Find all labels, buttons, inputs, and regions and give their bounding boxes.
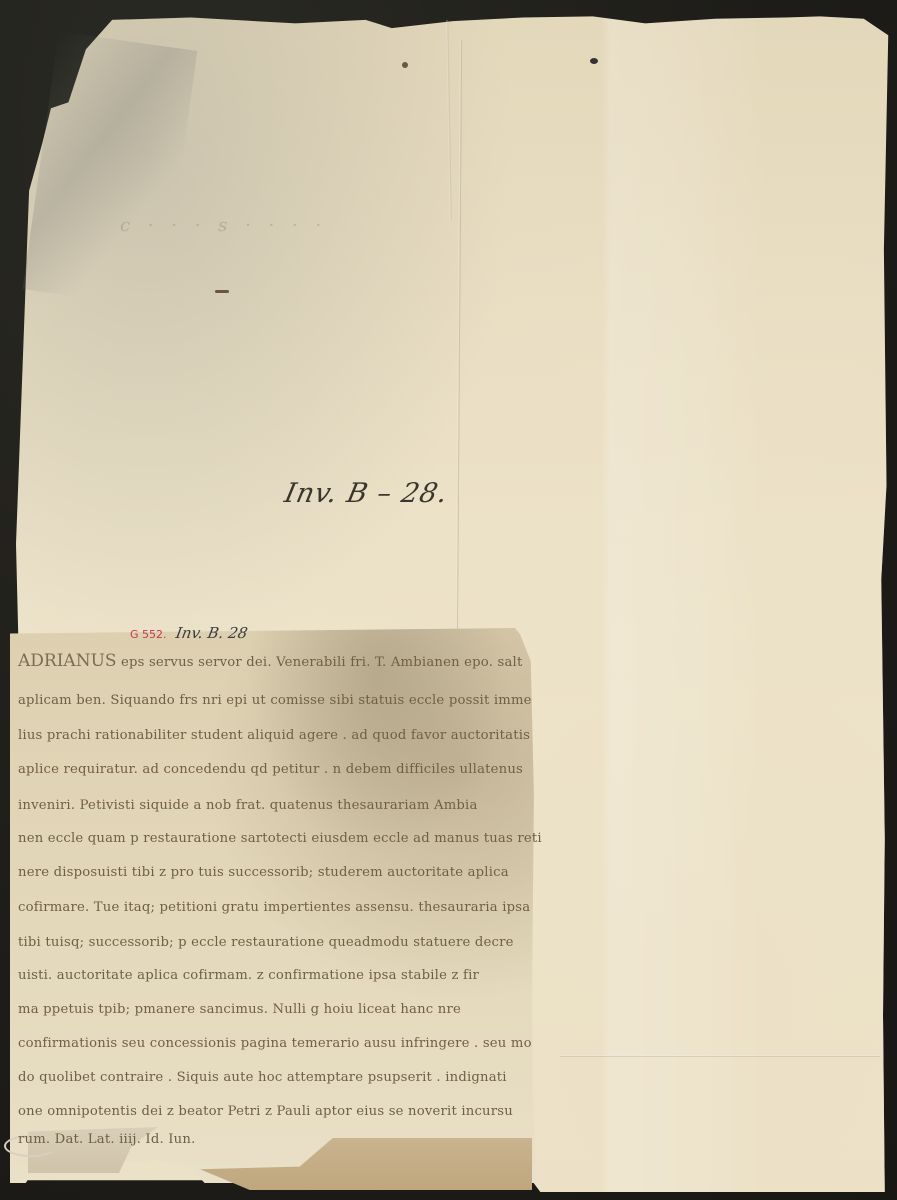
hole-mark (590, 58, 598, 64)
initial-name: ADRIANUS (18, 651, 117, 671)
faded-writing: c · · · s · · · · (120, 215, 327, 236)
charter-line-text: eps servus servor dei. Venerabili fri. T… (117, 655, 523, 670)
charter-line-1: ADRIANUS eps servus servor dei. Venerabi… (18, 661, 522, 663)
ink-shelfmark: Inv. B. 28 (174, 624, 249, 642)
red-shelfmark: G 552. (130, 628, 167, 641)
inventory-note: Inv. B – 28. (282, 478, 451, 509)
ink-spot (402, 62, 408, 68)
ink-smudge (215, 290, 229, 293)
horizontal-fold-line (560, 1055, 880, 1057)
